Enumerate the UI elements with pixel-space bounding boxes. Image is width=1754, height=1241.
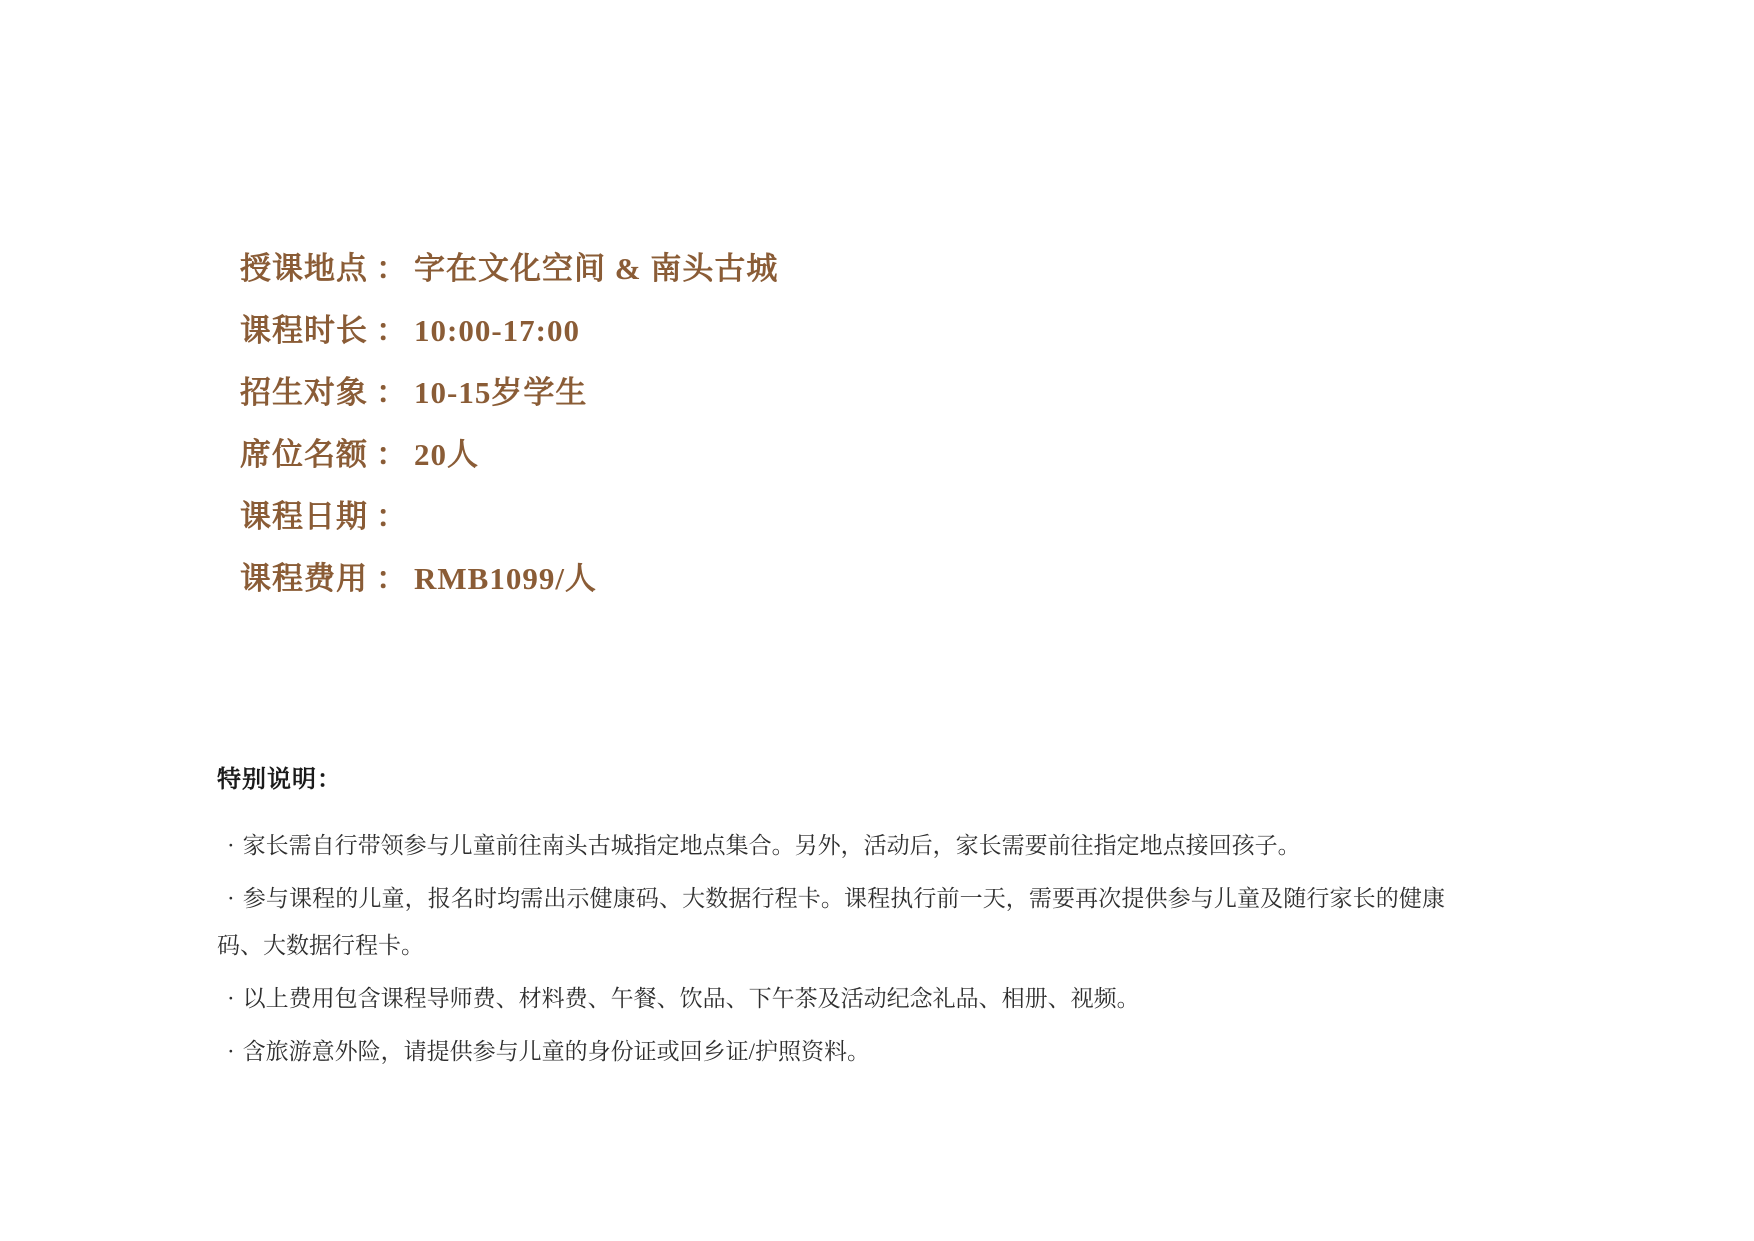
info-row-duration: 课程时长：10:00-17:00 bbox=[240, 300, 778, 362]
info-value-target-students: 10-15岁学生 bbox=[414, 375, 587, 410]
info-separator: ： bbox=[368, 375, 414, 410]
note-item-pickup: ·家长需自行带领参与儿童前往南头古城指定地点集合。另外，活动后，家长需要前往指定… bbox=[217, 822, 1445, 869]
bullet-dot-icon: · bbox=[217, 886, 243, 911]
info-label-fee: 课程费用 bbox=[240, 561, 368, 596]
info-row-date: 课程日期： bbox=[240, 486, 778, 548]
info-row-seats: 席位名额：20人 bbox=[240, 424, 778, 486]
note-text-pickup: 家长需自行带领参与儿童前往南头古城指定地点集合。另外，活动后，家长需要前往指定地… bbox=[243, 833, 1301, 858]
bullet-dot-icon: · bbox=[217, 1039, 243, 1064]
bullet-dot-icon: · bbox=[217, 986, 243, 1011]
special-notes-section: 特别说明： ·家长需自行带领参与儿童前往南头古城指定地点集合。另外，活动后，家长… bbox=[217, 760, 1445, 1081]
note-item-insurance: ·含旅游意外险，请提供参与儿童的身份证或回乡证/护照资料。 bbox=[217, 1028, 1445, 1075]
info-value-seats: 20人 bbox=[414, 437, 479, 472]
info-label-target-students: 招生对象 bbox=[240, 375, 368, 410]
info-label-location: 授课地点 bbox=[240, 251, 368, 286]
info-value-fee: RMB1099/人 bbox=[414, 561, 597, 596]
note-text-health-code: 参与课程的儿童，报名时均需出示健康码、大数据行程卡。课程执行前一天，需要再次提供… bbox=[217, 886, 1445, 958]
note-item-health-code: ·参与课程的儿童，报名时均需出示健康码、大数据行程卡。课程执行前一天，需要再次提… bbox=[217, 875, 1445, 969]
note-item-fee-includes: ·以上费用包含课程导师费、材料费、午餐、饮品、下午茶及活动纪念礼品、相册、视频。 bbox=[217, 975, 1445, 1022]
info-value-duration: 10:00-17:00 bbox=[414, 313, 580, 348]
info-label-duration: 课程时长 bbox=[240, 313, 368, 348]
note-text-fee-includes: 以上费用包含课程导师费、材料费、午餐、饮品、下午茶及活动纪念礼品、相册、视频。 bbox=[243, 986, 1140, 1011]
info-row-location: 授课地点：字在文化空间 & 南头古城 bbox=[240, 238, 778, 300]
info-row-fee: 课程费用：RMB1099/人 bbox=[240, 548, 778, 610]
info-row-target-students: 招生对象：10-15岁学生 bbox=[240, 362, 778, 424]
info-label-date: 课程日期 bbox=[240, 499, 368, 534]
info-separator: ： bbox=[368, 499, 414, 534]
note-text-insurance: 含旅游意外险，请提供参与儿童的身份证或回乡证/护照资料。 bbox=[243, 1039, 870, 1064]
info-label-seats: 席位名额 bbox=[240, 437, 368, 472]
info-separator: ： bbox=[368, 313, 414, 348]
special-notes-heading: 特别说明： bbox=[217, 760, 1445, 800]
info-value-location: 字在文化空间 & 南头古城 bbox=[414, 251, 778, 286]
bullet-dot-icon: · bbox=[217, 833, 243, 858]
course-info-list: 授课地点：字在文化空间 & 南头古城 课程时长：10:00-17:00 招生对象… bbox=[240, 238, 778, 610]
info-separator: ： bbox=[368, 437, 414, 472]
info-separator: ： bbox=[368, 251, 414, 286]
info-separator: ： bbox=[368, 561, 414, 596]
course-flyer-page: 授课地点：字在文化空间 & 南头古城 课程时长：10:00-17:00 招生对象… bbox=[0, 0, 1754, 1241]
